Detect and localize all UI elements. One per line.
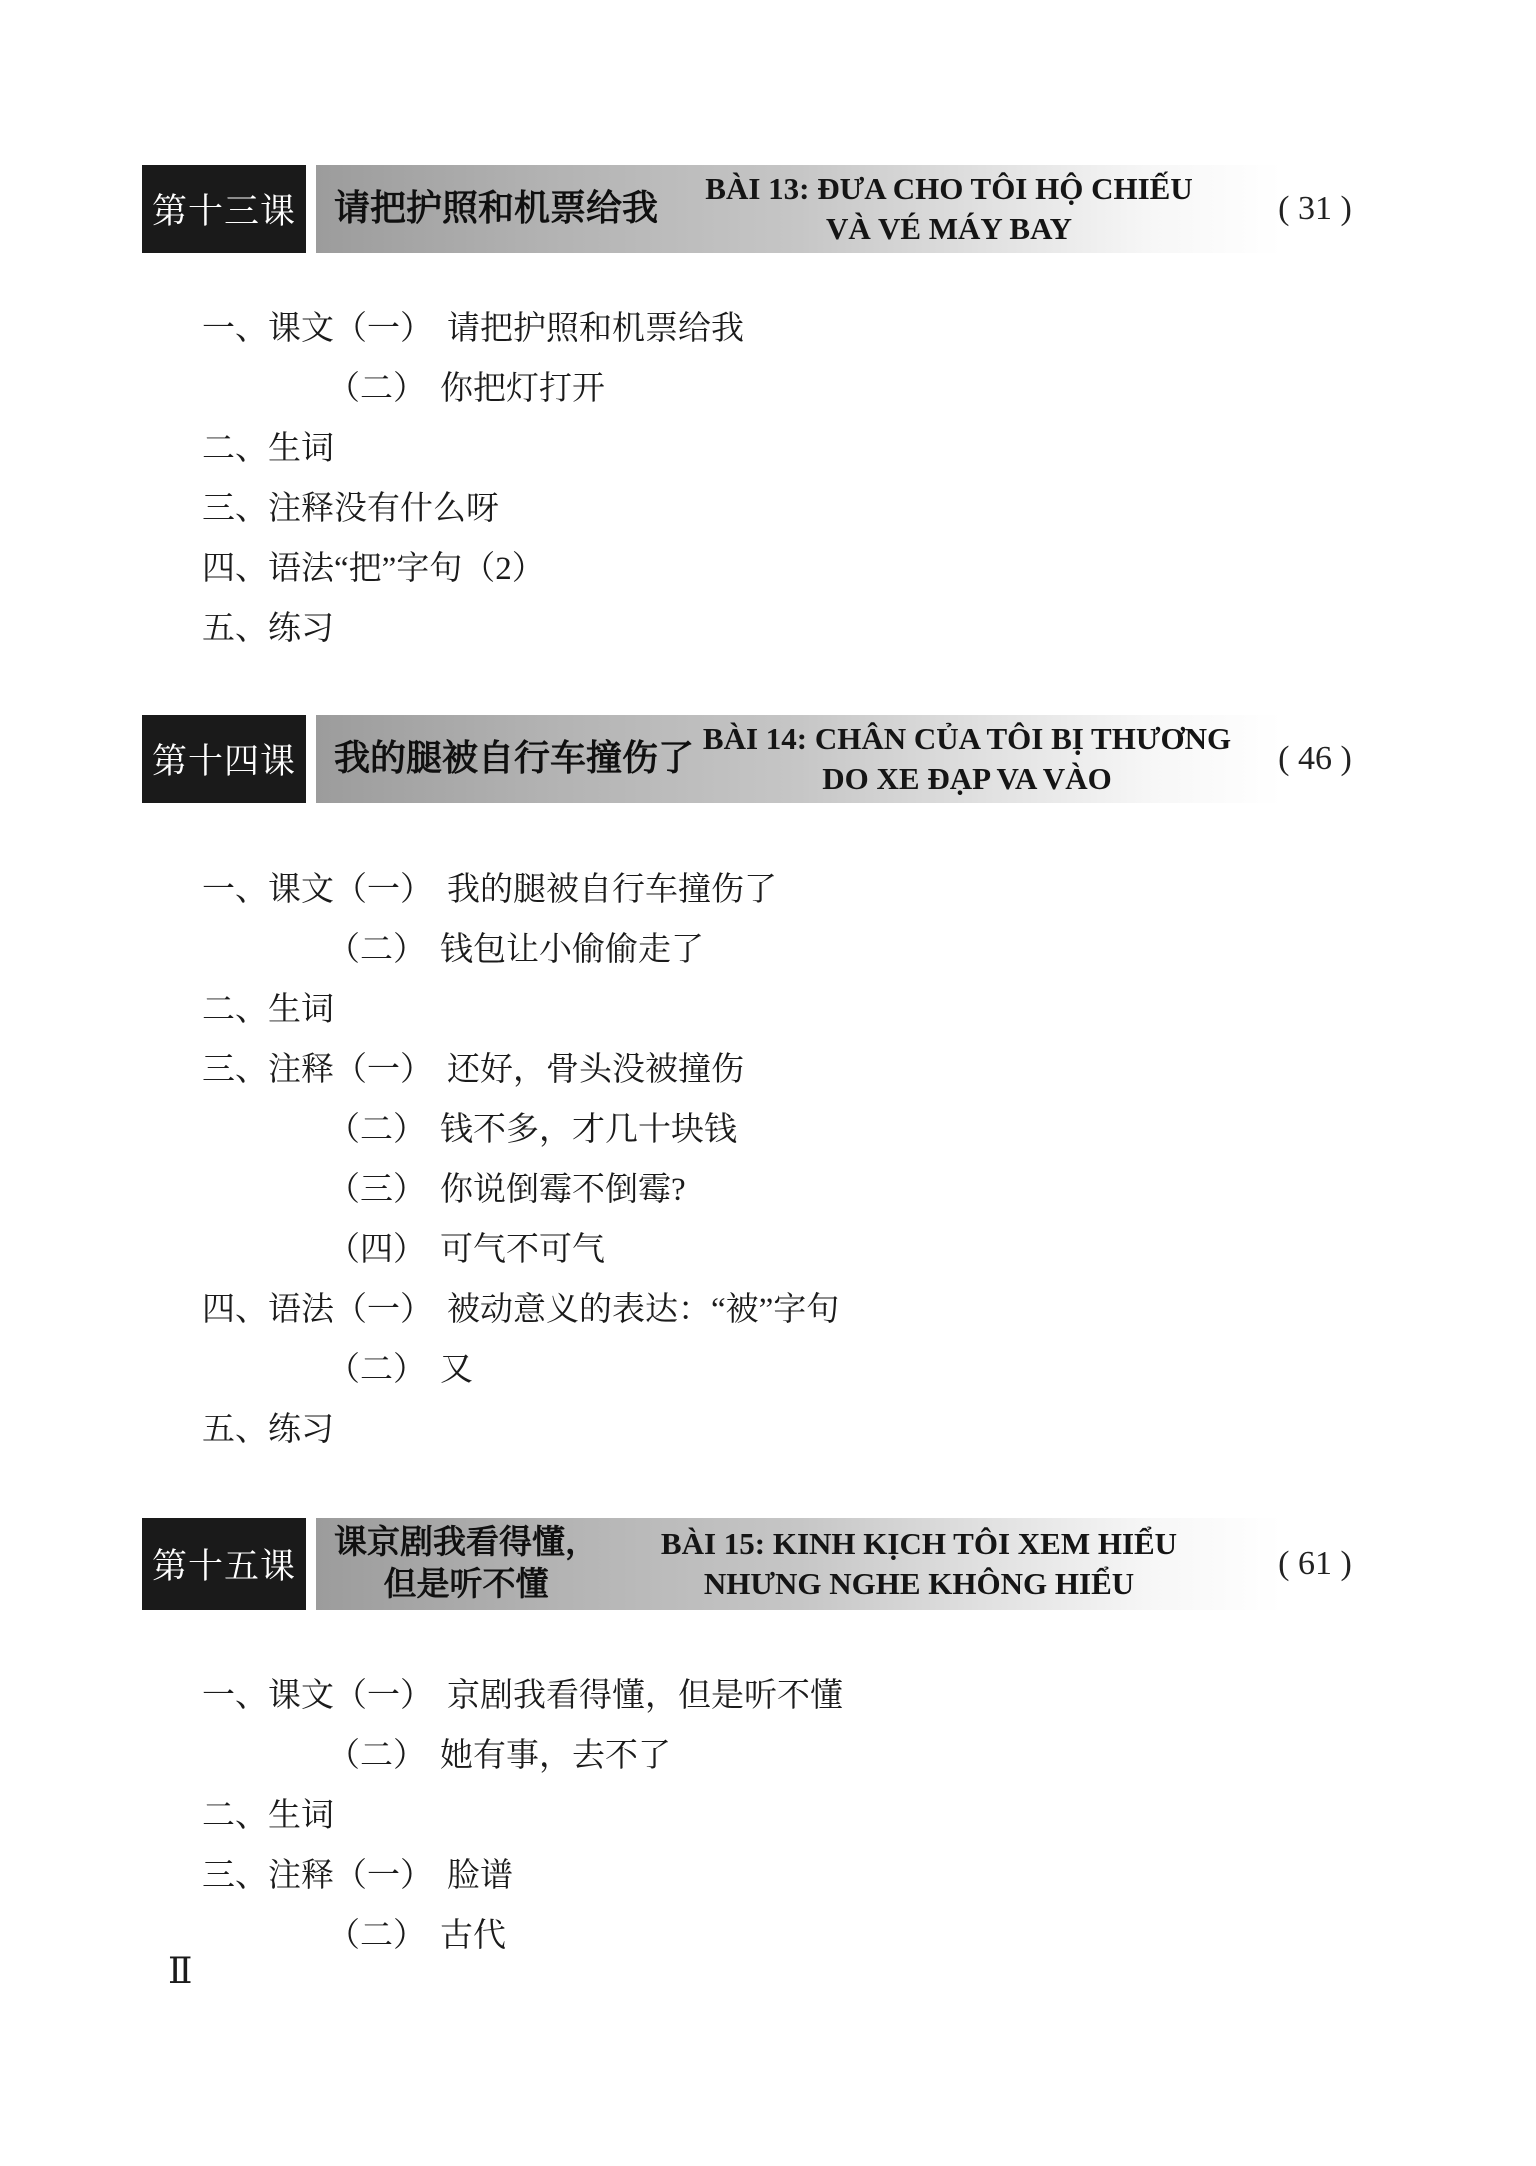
item-text: 京剧我看得懂，但是听不懂 bbox=[447, 1669, 843, 1716]
item-text: “把”字句（2） bbox=[334, 542, 545, 589]
toc-row: 四、语法 （一） 被动意义的表达：“被”字句 bbox=[142, 1276, 1442, 1336]
toc-row: 四、语法 “把”字句（2） bbox=[142, 535, 1442, 595]
item-text: 被动意义的表达：“被”字句 bbox=[447, 1283, 839, 1330]
toc-row: 一、课文 （一） 京剧我看得懂，但是听不懂 bbox=[142, 1662, 1442, 1722]
toc-row: （四） 可气不可气 bbox=[142, 1216, 1442, 1276]
toc-row: （二） 她有事，去不了 bbox=[142, 1722, 1442, 1782]
item-number-label: 二、生词 bbox=[202, 1789, 334, 1836]
item-text: 古代 bbox=[440, 1909, 506, 1956]
title-line: BÀI 13: ĐƯA CHO TÔI HỘ CHIẾU bbox=[662, 169, 1236, 209]
sub-item-number: （一） bbox=[334, 1043, 433, 1090]
lesson-toc-list: 一、课文 （一） 请把护照和机票给我 （二） 你把灯打开 二、生词 三、注释 没… bbox=[142, 295, 1442, 655]
toc-row: 五、练习 bbox=[142, 1396, 1442, 1456]
sub-item-number: （二） bbox=[327, 1343, 426, 1390]
sub-item-number: （一） bbox=[334, 1283, 433, 1330]
item-text: 你把灯打开 bbox=[440, 362, 605, 409]
toc-row: 三、注释 （一） 还好，骨头没被撞伤 bbox=[142, 1036, 1442, 1096]
lesson-number-label: 第十三课 bbox=[152, 184, 296, 234]
toc-row: （二） 古代 bbox=[142, 1902, 1442, 1962]
sub-item-number: （一） bbox=[334, 1849, 433, 1896]
sub-item-number: （一） bbox=[334, 1669, 433, 1716]
sub-item-number: （四） bbox=[327, 1223, 426, 1270]
sub-item-number: （二） bbox=[327, 1103, 426, 1150]
lesson-number-box: 第十三课 bbox=[142, 165, 306, 253]
footer-page-number: Ⅱ bbox=[168, 1950, 192, 1992]
toc-row: 三、注释 没有什么呀 bbox=[142, 475, 1442, 535]
item-number-label: 二、生词 bbox=[202, 422, 334, 469]
toc-row: （二） 又 bbox=[142, 1336, 1442, 1396]
title-line: BÀI 15: KINH KỊCH TÔI XEM HIỂU bbox=[602, 1524, 1236, 1564]
item-number-label: 四、语法 bbox=[202, 1283, 334, 1330]
toc-row: 二、生词 bbox=[142, 1782, 1442, 1842]
lesson-toc-list: 一、课文 （一） 京剧我看得懂，但是听不懂 （二） 她有事，去不了 二、生词 三… bbox=[142, 1662, 1442, 1962]
lesson-title-band: 请把护照和机票给我 BÀI 13: ĐƯA CHO TÔI HỘ CHIẾUVÀ… bbox=[316, 165, 1390, 253]
item-number-label: 三、注释 bbox=[202, 482, 334, 529]
lesson-header: 第十五课 课京剧我看得懂，但是听不懂 BÀI 15: KINH KỊCH TÔI… bbox=[142, 1518, 1390, 1610]
item-text: 没有什么呀 bbox=[334, 482, 499, 529]
item-text: 又 bbox=[440, 1343, 473, 1390]
item-text: 她有事，去不了 bbox=[440, 1729, 671, 1776]
lesson-page-number: ( 31 ) bbox=[1240, 190, 1390, 228]
item-number-label: 三、注释 bbox=[202, 1043, 334, 1090]
lesson-number-label: 第十五课 bbox=[152, 1539, 296, 1589]
lesson-toc-list: 一、课文 （一） 我的腿被自行车撞伤了 （二） 钱包让小偷偷走了 二、生词 三、… bbox=[142, 856, 1442, 1456]
lesson-title-vietnamese: BÀI 14: CHÂN CỦA TÔI BỊ THƯƠNGDO XE ĐẠP … bbox=[694, 719, 1240, 800]
sub-item-number: （一） bbox=[334, 302, 433, 349]
lesson-title-vietnamese: BÀI 15: KINH KỊCH TÔI XEM HIỂUNHƯNG NGHE… bbox=[598, 1524, 1240, 1605]
item-number-label: 一、课文 bbox=[202, 863, 334, 910]
item-number-label: 三、注释 bbox=[202, 1849, 334, 1896]
lesson-header: 第十四课 我的腿被自行车撞伤了 BÀI 14: CHÂN CỦA TÔI BỊ … bbox=[142, 715, 1390, 803]
lesson-header: 第十三课 请把护照和机票给我 BÀI 13: ĐƯA CHO TÔI HỘ CH… bbox=[142, 165, 1390, 253]
item-text: 还好，骨头没被撞伤 bbox=[447, 1043, 744, 1090]
title-line: 请把护照和机票给我 bbox=[334, 187, 658, 230]
item-text: 我的腿被自行车撞伤了 bbox=[447, 863, 777, 910]
lesson-number-box: 第十五课 bbox=[142, 1518, 306, 1610]
lesson-title-band: 我的腿被自行车撞伤了 BÀI 14: CHÂN CỦA TÔI BỊ THƯƠN… bbox=[316, 715, 1390, 803]
item-number-label: 一、课文 bbox=[202, 302, 334, 349]
lesson-page-number: ( 46 ) bbox=[1240, 740, 1390, 778]
sub-item-number: （一） bbox=[334, 863, 433, 910]
title-line: 但是听不懂 bbox=[334, 1564, 598, 1606]
toc-row: 一、课文 （一） 请把护照和机票给我 bbox=[142, 295, 1442, 355]
title-line: VÀ VÉ MÁY BAY bbox=[662, 209, 1236, 249]
item-text: 可气不可气 bbox=[440, 1223, 605, 1270]
toc-row: （二） 钱包让小偷偷走了 bbox=[142, 916, 1442, 976]
lesson-number-label: 第十四课 bbox=[152, 734, 296, 784]
title-line: DO XE ĐẠP VA VÀO bbox=[698, 759, 1236, 799]
sub-item-number: （三） bbox=[327, 1163, 426, 1210]
title-line: NHƯNG NGHE KHÔNG HIỂU bbox=[602, 1564, 1236, 1604]
title-line: BÀI 14: CHÂN CỦA TÔI BỊ THƯƠNG bbox=[698, 719, 1236, 759]
item-number-label: 二、生词 bbox=[202, 983, 334, 1030]
title-line: 我的腿被自行车撞伤了 bbox=[334, 737, 694, 780]
lesson-number-box: 第十四课 bbox=[142, 715, 306, 803]
toc-row: 一、课文 （一） 我的腿被自行车撞伤了 bbox=[142, 856, 1442, 916]
sub-item-number: （二） bbox=[327, 1909, 426, 1956]
item-number-label: 五、练习 bbox=[202, 602, 334, 649]
sub-item-number: （二） bbox=[327, 923, 426, 970]
toc-row: 二、生词 bbox=[142, 415, 1442, 475]
sub-item-number: （二） bbox=[327, 362, 426, 409]
lesson-title-chinese: 课京剧我看得懂，但是听不懂 bbox=[334, 1522, 598, 1606]
toc-row: 二、生词 bbox=[142, 976, 1442, 1036]
sub-item-number: （二） bbox=[327, 1729, 426, 1776]
toc-row: （三） 你说倒霉不倒霉? bbox=[142, 1156, 1442, 1216]
lesson-page-number: ( 61 ) bbox=[1240, 1545, 1390, 1583]
lesson-title-vietnamese: BÀI 13: ĐƯA CHO TÔI HỘ CHIẾUVÀ VÉ MÁY BA… bbox=[658, 169, 1240, 250]
item-text: 你说倒霉不倒霉? bbox=[440, 1163, 686, 1210]
lesson-title-band: 课京剧我看得懂，但是听不懂 BÀI 15: KINH KỊCH TÔI XEM … bbox=[316, 1518, 1390, 1610]
toc-row: （二） 钱不多，才几十块钱 bbox=[142, 1096, 1442, 1156]
item-number-label: 四、语法 bbox=[202, 542, 334, 589]
toc-row: 三、注释 （一） 脸谱 bbox=[142, 1842, 1442, 1902]
toc-row: 五、练习 bbox=[142, 595, 1442, 655]
title-line: 课京剧我看得懂， bbox=[334, 1522, 598, 1564]
toc-page: 第十三课 请把护照和机票给我 BÀI 13: ĐƯA CHO TÔI HỘ CH… bbox=[0, 0, 1536, 2166]
item-number-label: 一、课文 bbox=[202, 1669, 334, 1716]
item-text: 钱不多，才几十块钱 bbox=[440, 1103, 737, 1150]
item-text: 请把护照和机票给我 bbox=[447, 302, 744, 349]
lesson-title-chinese: 请把护照和机票给我 bbox=[334, 187, 658, 230]
item-number-label: 五、练习 bbox=[202, 1403, 334, 1450]
toc-row: （二） 你把灯打开 bbox=[142, 355, 1442, 415]
item-text: 脸谱 bbox=[447, 1849, 513, 1896]
lesson-title-chinese: 我的腿被自行车撞伤了 bbox=[334, 737, 694, 780]
item-text: 钱包让小偷偷走了 bbox=[440, 923, 704, 970]
